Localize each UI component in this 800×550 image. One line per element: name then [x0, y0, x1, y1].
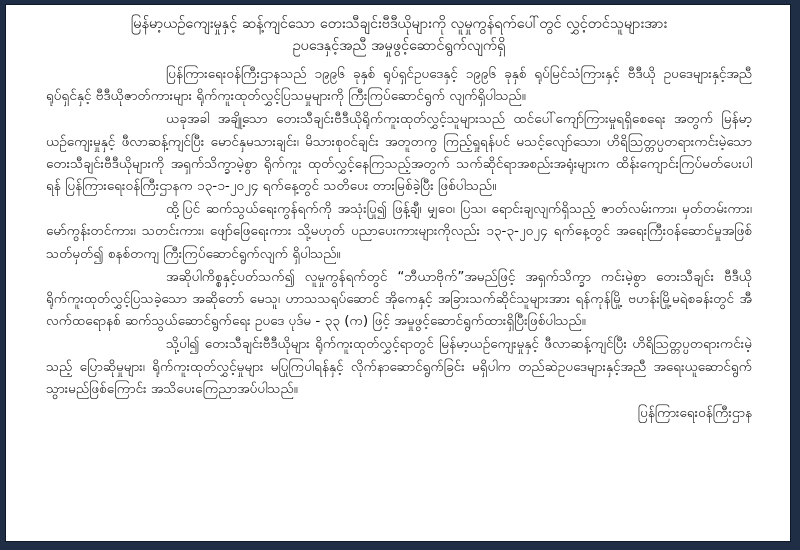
paragraph-5: သို့ပါ၍ တေးသီချင်းဗီဒီယိုများ ရိုက်ကူးထု…: [46, 333, 752, 400]
document-page: မြန်မာ့ယဉ်ကျေးမှုနှင့် ဆန့်ကျင်သော တေးသီ…: [5, 4, 791, 542]
title-line-2: ဥပဒေနှင့်အညီ အမှုဖွင့်ဆောင်ရွက်လျက်ရှိ: [46, 35, 752, 57]
paragraph-4: အဆိုပါကိစ္စနှင့်ပတ်သက်၍ လူမှုကွန်ရက်တွင်…: [46, 266, 752, 333]
title-line-1: မြန်မာ့ယဉ်ကျေးမှုနှင့် ဆန့်ကျင်သော တေးသီ…: [46, 13, 752, 35]
paragraph-2: ယခုအခါ အချို့သော တေးသီချင်းဗီဒီယိုရိုက်က…: [46, 108, 752, 197]
signature-ministry: ပြန်ကြားရေးဝန်ကြီးဌာန: [46, 402, 752, 424]
document-title: မြန်မာ့ယဉ်ကျေးမှုနှင့် ဆန့်ကျင်သော တေးသီ…: [46, 13, 752, 57]
paragraph-3: ထို့ပြင် ဆက်သွယ်ရေးကွန်ရက်ကို အသုံးပြု၍ …: [46, 198, 752, 265]
document-body: ပြန်ကြားရေးဝန်ကြီးဌာနသည် ၁၉၉၆ ခုနှစ် ရုပ…: [46, 63, 752, 400]
paragraph-1: ပြန်ကြားရေးဝန်ကြီးဌာနသည် ၁၉၉၆ ခုနှစ် ရုပ…: [46, 63, 752, 107]
